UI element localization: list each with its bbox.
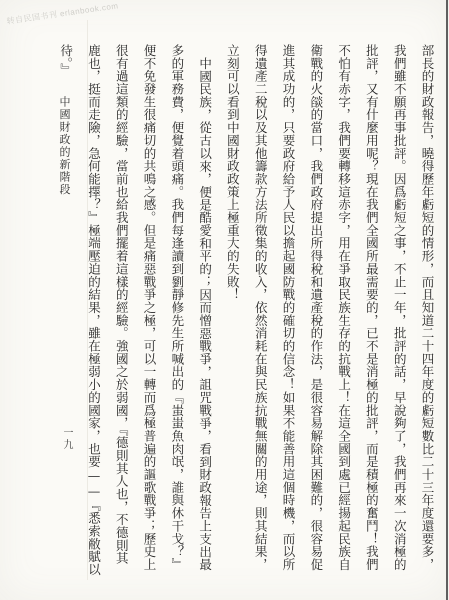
main-text-block: 部長的財政報告，曉得歷年虧短的情形，而且知道二十四年度的虧短數比二十三年度還要多…: [52, 44, 441, 576]
paragraph-2: 中國民族，從古以來，便是酷愛和平的；因而憎惡戰爭，詛咒戰爭，看到財政報告上支出最…: [52, 44, 219, 576]
paragraph-1: 部長的財政報告，曉得歷年虧短的情形，而且知道二十四年度的虧短數比二十三年度還要多…: [219, 44, 441, 576]
page-edge-line: [446, 0, 448, 600]
watermark-text: 转自民国书刊 erlanbook.com: [6, 0, 119, 27]
book-page: 转自民国书刊 erlanbook.com 中國財政的新階段 一九 部長的財政報告…: [0, 0, 449, 600]
